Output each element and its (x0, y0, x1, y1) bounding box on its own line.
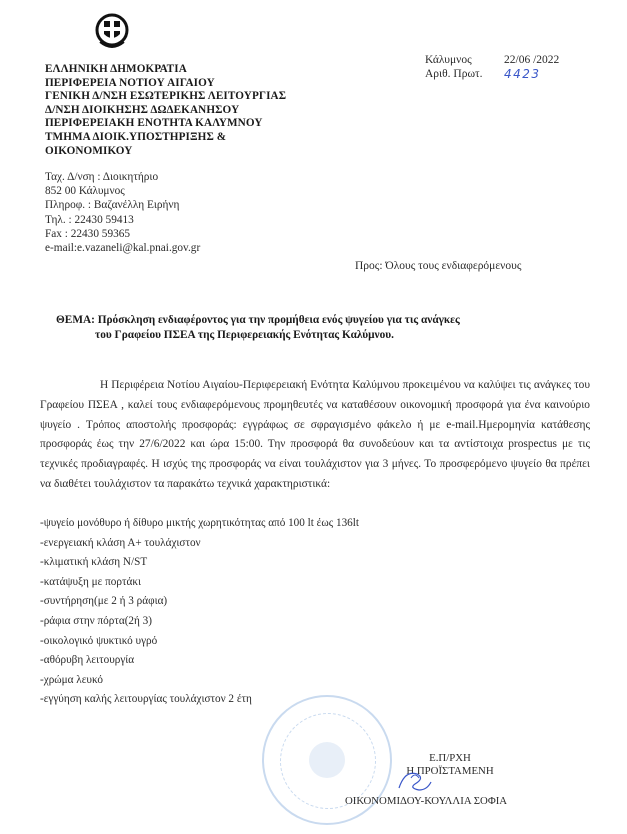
document-date: 22/06 /2022 (504, 53, 559, 67)
spec-item: -συντήρηση(με 2 ή 3 ράφια) (40, 592, 359, 612)
subject-line-2: του Γραφείου ΠΣΕΑ της Περιφερειακής Ενότ… (56, 328, 460, 343)
signature-title: Η ΠΡΟΪΣΤΑΜΕΝΗ (350, 765, 550, 778)
reference-block: Κάλυμνος 22/06 /2022 Αριθ. Πρωτ. 4423 (425, 53, 559, 81)
body-paragraph: Η Περιφέρεια Νοτίου Αιγαίου-Περιφερειακή… (40, 376, 590, 495)
header-line: ΓΕΝΙΚΗ Δ/ΝΣΗ ΕΣΩΤΕΡΙΚΗΣ ΛΕΙΤΟΥΡΓΙΑΣ (45, 90, 286, 104)
spec-item: -ράφια στην πόρτα(2ή 3) (40, 612, 359, 632)
signature-line-1: Ε.Π/ΡΧΗ (350, 752, 550, 765)
issuer-header: ΕΛΛΗΝΙΚΗ ΔΗΜΟΚΡΑΤΙΑ ΠΕΡΙΦΕΡΕΙΑ ΝΟΤΙΟΥ ΑΙ… (45, 63, 286, 158)
subject: ΘΕΜΑ: Πρόσκληση ενδιαφέροντος για την πρ… (56, 313, 460, 342)
signature-block: Ε.Π/ΡΧΗ Η ΠΡΟΪΣΤΑΜΕΝΗ (350, 752, 550, 778)
spec-item: -κατάψυξη με πορτάκι (40, 573, 359, 593)
recipient: Προς: Όλους τους ενδιαφερόμενους (355, 260, 521, 272)
specifications-list: -ψυγείο μονόθυρο ή δίθυρο μικτής χωρητικ… (40, 514, 359, 710)
contact-person: Πληροφ. : Βαζανέλλη Ειρήνη (45, 198, 200, 212)
header-line: Δ/ΝΣΗ ΔΙΟΙΚΗΣΗΣ ΔΩΔΕΚΑΝΗΣΟΥ (45, 104, 286, 118)
greek-coat-of-arms-icon (94, 12, 130, 50)
protocol-number: 4423 (504, 67, 541, 81)
body-text: Η Περιφέρεια Νοτίου Αιγαίου-Περιφερειακή… (40, 376, 590, 495)
subject-line-1: ΘΕΜΑ: Πρόσκληση ενδιαφέροντος για την πρ… (56, 313, 460, 328)
spec-item: -κλιματική κλάση N/ST (40, 553, 359, 573)
spec-item: -ενεργειακή κλάση Α+ τουλάχιστον (40, 534, 359, 554)
header-line: ΠΕΡΙΦΕΡΕΙΑ ΝΟΤΙΟΥ ΑΙΓΑΙΟΥ (45, 77, 286, 91)
place-label: Κάλυμνος (425, 53, 504, 67)
spec-item: -ψυγείο μονόθυρο ή δίθυρο μικτής χωρητικ… (40, 514, 359, 534)
spec-item: -χρώμα λευκό (40, 671, 359, 691)
contact-block: Ταχ. Δ/νση : Διοικητήριο 852 00 Κάλυμνος… (45, 170, 200, 255)
header-line: ΕΛΛΗΝΙΚΗ ΔΗΜΟΚΡΑΤΙΑ (45, 63, 286, 77)
contact-phone: Τηλ. : 22430 59413 (45, 213, 200, 227)
header-line: ΟΙΚΟΝΟΜΙΚΟΥ (45, 145, 286, 159)
contact-address: Ταχ. Δ/νση : Διοικητήριο (45, 170, 200, 184)
header-line: ΠΕΡΙΦΕΡΕΙΑΚΗ ΕΝΟΤΗΤΑ ΚΑΛΥΜΝΟΥ (45, 117, 286, 131)
header-line: ΤΜΗΜΑ ΔΙΟΙΚ.ΥΠΟΣΤΗΡΙΞΗΣ & (45, 131, 286, 145)
contact-email: e-mail:e.vazaneli@kal.pnai.gov.gr (45, 241, 200, 255)
contact-fax: Fax : 22430 59365 (45, 227, 200, 241)
protocol-label: Αριθ. Πρωτ. (425, 67, 504, 81)
spec-item: -οικολογικό ψυκτικό υγρό (40, 632, 359, 652)
contact-postcode: 852 00 Κάλυμνος (45, 184, 200, 198)
handwritten-signature-icon (395, 768, 435, 794)
signatory-name: ΟΙΚΟΝΟΜΙΔΟΥ-ΚΟΥΛΛΙΑ ΣΟΦΙΑ (345, 795, 507, 807)
spec-item: -αθόρυβη λειτουργία (40, 651, 359, 671)
